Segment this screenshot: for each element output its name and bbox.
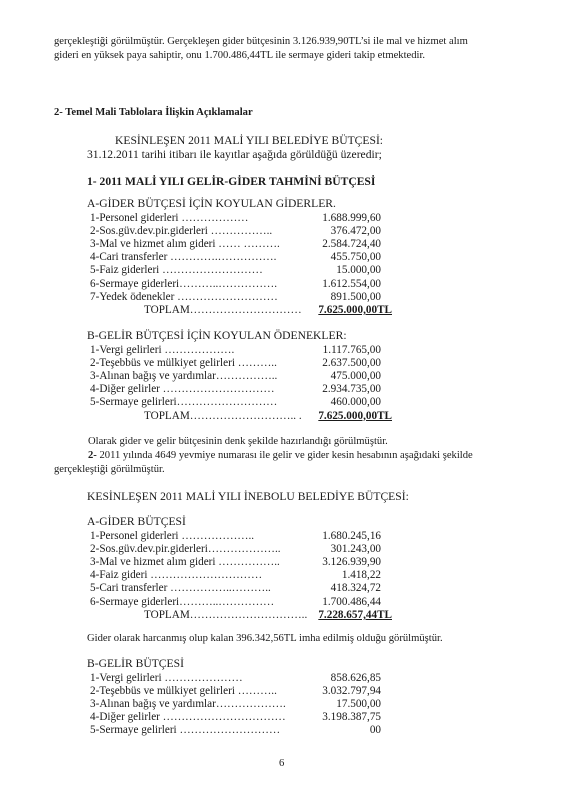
row-label: 4-Diğer gelirler ………………………… bbox=[90, 382, 275, 396]
total-row: TOPLAM…………………………7.625.000,00TL bbox=[90, 303, 390, 317]
total-label: TOPLAM………………………… bbox=[144, 303, 302, 317]
row-label: 6-Sermaye giderleri………..……………. bbox=[90, 277, 277, 291]
row-label: 1-Personel giderleri ……………… bbox=[90, 211, 248, 225]
row-value: 1.700.486,44 bbox=[322, 595, 381, 609]
total-value: 7.625.000,00TL bbox=[318, 303, 392, 317]
table-row: 4-Diğer gelirler ……………………………3.198.387,75 bbox=[90, 710, 390, 724]
table-row: 5-Cari transferler ……………..………..418.324,7… bbox=[90, 581, 390, 595]
table-row: 2-Teşebbüs ve mülkiyet gelirleri ………..2.… bbox=[90, 356, 390, 370]
row-value: 3.032.797,94 bbox=[322, 684, 381, 698]
table-row: 4-Faiz gideri …………………………1.418,22 bbox=[90, 568, 390, 582]
table-row: 6-Sermaye giderleri………..……………1.700.486,4… bbox=[90, 595, 390, 609]
row-label: 5-Cari transferler ……………..……….. bbox=[90, 581, 271, 595]
total-label: TOPLAM……………………….. . bbox=[144, 409, 302, 423]
row-label: 4-Faiz gideri ………………………… bbox=[90, 568, 262, 582]
page-number: 6 bbox=[279, 757, 284, 771]
table-row: 2-Teşebbüs ve mülkiyet gelirleri ………..3.… bbox=[90, 684, 390, 698]
row-label: 2-Sos.güv.dev.pir.giderleri …………….. bbox=[90, 224, 272, 238]
total-label: TOPLAM………………………….. bbox=[144, 608, 307, 622]
row-value: 2.637.500,00 bbox=[322, 356, 381, 370]
final-title: KESİNLEŞEN 2011 MALİ YILI İNEBOLU BELEDİ… bbox=[87, 490, 409, 503]
row-value: 3.198.387,75 bbox=[322, 710, 381, 724]
budget-subtitle: 31.12.2011 tarihi itibarı ile kayıtlar a… bbox=[87, 148, 382, 161]
row-value: 2.934.735,00 bbox=[322, 382, 381, 396]
row-label: 4-Diğer gelirler …………………………… bbox=[90, 710, 286, 724]
row-label: 5-Sermaye gelirleri……………………… bbox=[90, 395, 277, 409]
row-label: 3-Mal ve hizmet alım gideri …… ………. bbox=[90, 237, 280, 251]
paragraph-2-line-2: gerçekleştiği görülmüştür. bbox=[54, 463, 165, 477]
row-value: 1.680.245,16 bbox=[322, 529, 381, 543]
row-label: 7-Yedek ödenekler ……………………… bbox=[90, 290, 278, 304]
row-label: 6-Sermaye giderleri………..…………… bbox=[90, 595, 274, 609]
table-row: 4-Diğer gelirler …………………………2.934.735,00 bbox=[90, 382, 390, 396]
row-value: 1.688.999,60 bbox=[322, 211, 381, 225]
total-value: 7.625.000,00TL bbox=[318, 409, 392, 423]
row-label: 5-Sermaye gelirleri ……………………… bbox=[90, 723, 280, 737]
total-row: TOPLAM…………………………..7.228.657,44TL bbox=[90, 608, 390, 622]
row-label: 4-Cari transferler ………….……………. bbox=[90, 250, 276, 264]
row-value: 858.626,85 bbox=[331, 671, 381, 685]
table-row: 4-Cari transferler ………….…………….455.750,00 bbox=[90, 250, 390, 264]
table-row: 3-Alınan bağış ve yardımlar……………….17.500… bbox=[90, 697, 390, 711]
table-row: 3-Mal ve hizmet alım gideri ……………..3.126… bbox=[90, 555, 390, 569]
table-row: 6-Sermaye giderleri………..…………….1.612.554,… bbox=[90, 277, 390, 291]
row-value: 17.500,00 bbox=[336, 697, 381, 711]
table-row: 5-Faiz giderleri ………………………15.000,00 bbox=[90, 263, 390, 277]
intro-line-1: gerçekleştiği görülmüştür. Gerçekleşen g… bbox=[54, 35, 468, 49]
table-row: 1-Vergi gelirleri ……………….1.117.765,00 bbox=[90, 343, 390, 357]
table-row: 2-Sos.güv.dev.pir.giderleri ……………..376.4… bbox=[90, 224, 390, 238]
final-expense-title: A-GİDER BÜTÇESİ bbox=[87, 515, 186, 528]
intro-line-2: gideri en yüksek paya sahiptir, onu 1.70… bbox=[54, 49, 425, 63]
row-value: 1.612.554,00 bbox=[322, 277, 381, 291]
row-value: 2.584.724,40 bbox=[322, 237, 381, 251]
table-row: 2-Sos.güv.dev.pir.giderleri………………..301.2… bbox=[90, 542, 390, 556]
total-value: 7.228.657,44TL bbox=[318, 608, 392, 622]
table-row: 3-Mal ve hizmet alım gideri …… ……….2.584… bbox=[90, 237, 390, 251]
estimate-heading: 1- 2011 MALİ YILI GELİR-GİDER TAHMİNİ BÜ… bbox=[87, 175, 375, 188]
row-value: 1.117.765,00 bbox=[323, 343, 381, 357]
row-label: 2-Teşebbüs ve mülkiyet gelirleri ……….. bbox=[90, 356, 277, 370]
row-label: 5-Faiz giderleri ……………………… bbox=[90, 263, 263, 277]
row-value: 301.243,00 bbox=[331, 542, 381, 556]
balanced-note: Olarak gider ve gelir bütçesinin denk şe… bbox=[88, 435, 388, 449]
estimate-revenue-title: B-GELİR BÜTÇESİ İÇİN KOYULAN ÖDENEKLER: bbox=[87, 329, 347, 342]
row-label: 3-Mal ve hizmet alım gideri …………….. bbox=[90, 555, 280, 569]
row-label: 2-Sos.güv.dev.pir.giderleri……………….. bbox=[90, 542, 281, 556]
row-label: 1-Personel giderleri ……………….. bbox=[90, 529, 254, 543]
section-heading: 2- Temel Mali Tablolara İlişkin Açıklama… bbox=[54, 106, 253, 120]
estimate-expense-title: A-GİDER BÜTÇESİ İÇİN KOYULAN GİDERLER. bbox=[87, 197, 336, 210]
table-row: 5-Sermaye gelirleri………………………460.000,00 bbox=[90, 395, 390, 409]
row-value: 1.418,22 bbox=[342, 568, 381, 582]
row-label: 2-Teşebbüs ve mülkiyet gelirleri ……….. bbox=[90, 684, 277, 698]
row-value: 891.500,00 bbox=[331, 290, 381, 304]
row-value: 418.324,72 bbox=[331, 581, 381, 595]
paragraph-2-line-1: 2- 2011 yılında 4649 yevmiye numarası il… bbox=[88, 449, 473, 463]
budget-title: KESİNLEŞEN 2011 MALİ YILI BELEDİYE BÜTÇE… bbox=[115, 134, 383, 147]
row-value: 455.750,00 bbox=[331, 250, 381, 264]
row-value: 00 bbox=[370, 723, 381, 737]
paragraph-2-text: 2011 yılında 4649 yevmiye numarası ile g… bbox=[97, 450, 473, 461]
row-value: 3.126.939,90 bbox=[322, 555, 381, 569]
row-value: 376.472,00 bbox=[331, 224, 381, 238]
table-row: 5-Sermaye gelirleri ………………………00 bbox=[90, 723, 390, 737]
table-row: 1-Personel giderleri ………………1.688.999,60 bbox=[90, 211, 390, 225]
row-value: 15.000,00 bbox=[336, 263, 381, 277]
paragraph-2-number: 2- bbox=[88, 450, 97, 461]
row-label: 3-Alınan bağış ve yardımlar………………. bbox=[90, 697, 286, 711]
total-row: TOPLAM……………………….. .7.625.000,00TL bbox=[90, 409, 390, 423]
table-row: 1-Vergi gelirleri …………………858.626,85 bbox=[90, 671, 390, 685]
final-revenue-title: B-GELİR BÜTÇESİ bbox=[87, 657, 184, 670]
table-row: 1-Personel giderleri ………………..1.680.245,1… bbox=[90, 529, 390, 543]
row-label: 1-Vergi gelirleri ………………. bbox=[90, 343, 234, 357]
row-value: 475.000,00 bbox=[331, 369, 381, 383]
table-row: 3-Alınan bağış ve yardımlar……………..475.00… bbox=[90, 369, 390, 383]
row-label: 3-Alınan bağış ve yardımlar…………….. bbox=[90, 369, 277, 383]
row-label: 1-Vergi gelirleri ………………… bbox=[90, 671, 243, 685]
table-row: 7-Yedek ödenekler ………………………891.500,00 bbox=[90, 290, 390, 304]
remaining-note: Gider olarak harcanmış olup kalan 396.34… bbox=[87, 632, 443, 646]
row-value: 460.000,00 bbox=[331, 395, 381, 409]
